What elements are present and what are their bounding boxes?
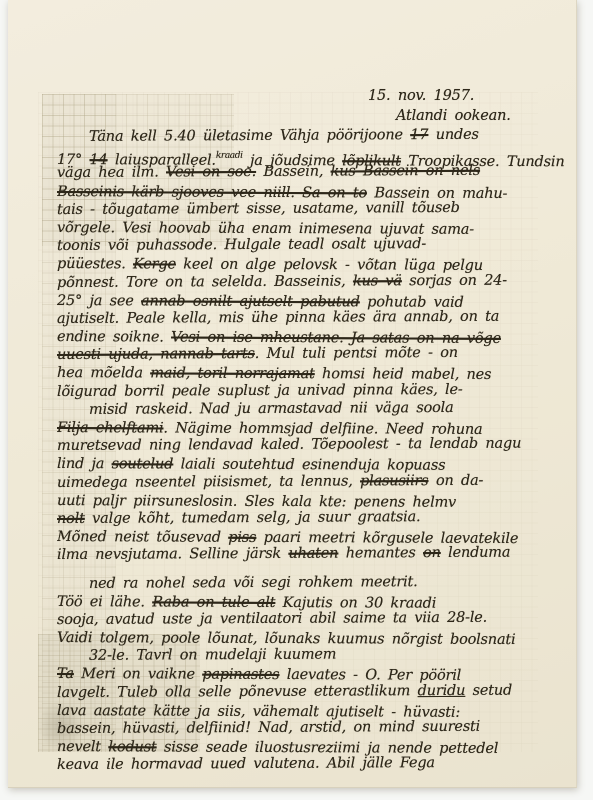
manuscript-line: keava ile hormavad uued valutena. Abil j… xyxy=(57,754,569,775)
manuscript-text: tais - tõugatame ümbert sisse, usatame, … xyxy=(57,200,460,218)
manuscript-line: tais - tõugatame ümbert sisse, usatame, … xyxy=(57,198,569,219)
manuscript-text: sorjas on 24- xyxy=(402,272,507,289)
struck-out-text: papinastes xyxy=(202,667,279,683)
manuscript-line: 32-le. Tavrl on mudelaji kuumem xyxy=(57,645,569,666)
manuscript-text: Töö ei lähe. xyxy=(57,594,152,610)
struck-out-text: kus Bassein on nels xyxy=(331,163,480,180)
manuscript-text: undes xyxy=(428,128,478,143)
manuscript-text: ilma nevsjutama. Selline järsk xyxy=(57,546,288,563)
manuscript-line: ajutiselt. Peale kella, mis ühe pinna kä… xyxy=(57,307,569,328)
manuscript-text: lind ja xyxy=(57,456,112,472)
manuscript-line: uimedega nseentel piisismet, ta lennus, … xyxy=(57,471,569,492)
manuscript-text: misid raskeid. Nad ju armastavad nii väg… xyxy=(89,400,454,418)
manuscript-line: nolt valge kõht, tumedam selg, ja suur g… xyxy=(57,507,569,528)
manuscript-text: lenduma xyxy=(441,545,511,561)
manuscript-text: endine soikne. xyxy=(57,329,171,345)
struck-out-text: soutelud xyxy=(112,457,174,473)
manuscript-text: sooja, avatud uste ja ventilaatori abil … xyxy=(57,610,487,628)
struck-out-text: plasusiirs xyxy=(360,473,429,489)
manuscript-paragraph: misid raskeid. Nad ju armastavad nii väg… xyxy=(57,401,569,565)
struck-out-text: kus vä xyxy=(353,273,402,289)
manuscript-text: bassein, hüvasti, delfiinid! Nad, arstid… xyxy=(57,719,480,737)
struck-out-text: uuesti ujuda, nannab tarts xyxy=(57,346,255,363)
manuscript-text: hemantes xyxy=(338,545,423,561)
manuscript-text: ned ra nohel seda või segi rohkem meetri… xyxy=(89,574,418,592)
manuscript-paper: 15. nov. 1957. Atlandi ookean. Täna kell… xyxy=(8,0,577,788)
manuscript-line: muretsevad ning lendavad kaled. Tõepoole… xyxy=(57,435,569,456)
manuscript-location: Atlandi ookean. xyxy=(396,108,511,124)
manuscript-text: ajutiselt. Peale kella, mis ühe pinna kä… xyxy=(57,309,499,327)
manuscript-text: väga hea ilm. xyxy=(57,165,166,182)
manuscript-line: Täna kell 5.40 ületasime Vähja pöörijoon… xyxy=(57,128,569,146)
manuscript-paragraph: 32-le. Tavrl on mudelaji kuumemTa Meri o… xyxy=(57,647,569,774)
struck-out-text: kodust xyxy=(108,739,156,755)
struck-out-text: piss xyxy=(228,530,256,546)
manuscript-text: 32-le. Tavrl on mudelaji kuumem xyxy=(89,647,336,664)
manuscript-text: Meri on vaikne xyxy=(74,667,203,684)
manuscript-line: lavgelt. Tuleb olla selle põnevuse etter… xyxy=(57,681,569,702)
struck-out-text: maid, toril norrajamat xyxy=(150,366,315,383)
manuscript-line: uuesti ujuda, nannab tarts. Mul tuli pen… xyxy=(57,344,569,365)
manuscript-text: Täna kell 5.40 ületasime Vähja pöörijoon… xyxy=(89,128,410,145)
manuscript-date: 15. nov. 1957. xyxy=(368,88,474,104)
manuscript-text: on da- xyxy=(428,472,483,488)
manuscript-line: põnnest. Tore on ta selelda. Basseinis, … xyxy=(57,271,569,292)
manuscript-line: toonis või puhassode. Hulgale teadl osal… xyxy=(57,234,569,255)
manuscript-text: Bassein, xyxy=(256,164,331,180)
manuscript-text: hea mõelda xyxy=(57,365,150,381)
manuscript-text: põnnest. Tore on ta selelda. Basseinis, xyxy=(57,273,353,291)
manuscript-paragraph: Täna kell 5.40 ületasime Vähja pöörijoon… xyxy=(57,128,569,401)
struck-out-text: on xyxy=(423,545,441,561)
manuscript-text: muretsevad ning lendavad kaled. Tõepoole… xyxy=(57,436,521,454)
struck-out-text: Kerge xyxy=(133,257,176,273)
manuscript-line: ilma nevsjutama. Selline järsk uhaten he… xyxy=(57,544,569,565)
manuscript-paragraph: ned ra nohel seda või segi rohkem meetri… xyxy=(57,575,569,648)
struck-out-text: Vesi on soe. xyxy=(166,164,256,180)
manuscript-line: väga hea ilm. Vesi on soe. Bassein, kus … xyxy=(57,162,569,183)
manuscript-text: setud xyxy=(465,682,512,698)
struck-out-text: nolt xyxy=(57,511,85,527)
struck-out-text: 17 xyxy=(410,128,428,143)
manuscript-text: toonis või puhassode. Hulgale teadl osal… xyxy=(57,236,426,254)
manuscript-line: ned ra nohel seda või segi rohkem meetri… xyxy=(57,572,569,593)
manuscript-text: lavgelt. Tuleb olla selle põnevuse etter… xyxy=(57,683,418,701)
manuscript-line: bassein, hüvasti, delfiinid! Nad, arstid… xyxy=(57,717,569,738)
scanned-page: 15. nov. 1957. Atlandi ookean. Täna kell… xyxy=(0,0,593,800)
manuscript-text: uimedega nseentel piisismet, ta lennus, xyxy=(57,473,360,491)
manuscript-text: lõigurad borril peale suplust ja univad … xyxy=(57,382,463,400)
manuscript-text: nevelt xyxy=(57,739,108,755)
struck-out-text: annab osnilt ajutselt pabutud xyxy=(141,293,360,310)
struck-out-text: uhaten xyxy=(288,546,338,562)
manuscript-text: Mõned neist tõusevad xyxy=(57,529,228,546)
manuscript-text: keava ile hormavad uued valutena. Abil j… xyxy=(57,755,435,773)
struck-out-text: Basseinis kärb sjooves vee niill. Sa on … xyxy=(57,184,367,201)
manuscript-body: Täna kell 5.40 ületasime Vähja pöörijoon… xyxy=(57,128,569,778)
struck-out-text: Raba on tule alt xyxy=(152,594,275,611)
manuscript-line: misid raskeid. Nad ju armastavad nii väg… xyxy=(57,398,569,419)
manuscript-text: duridu xyxy=(418,682,466,698)
manuscript-line: lõigurad borril peale suplust ja univad … xyxy=(57,380,569,401)
manuscript-text: . Mul tuli pentsi mõte - on xyxy=(255,345,458,362)
manuscript-text: püüestes. xyxy=(57,256,133,272)
struck-out-text: Ta xyxy=(57,666,74,682)
manuscript-line: sooja, avatud uste ja ventilaatori abil … xyxy=(57,608,569,629)
struck-out-text: Filja ehelftami xyxy=(57,420,163,436)
manuscript-text: valge kõht, tumedam selg, ja suur graats… xyxy=(85,509,421,527)
manuscript-text: 25° ja see xyxy=(57,293,141,309)
manuscript-text: kraadi xyxy=(216,151,243,161)
